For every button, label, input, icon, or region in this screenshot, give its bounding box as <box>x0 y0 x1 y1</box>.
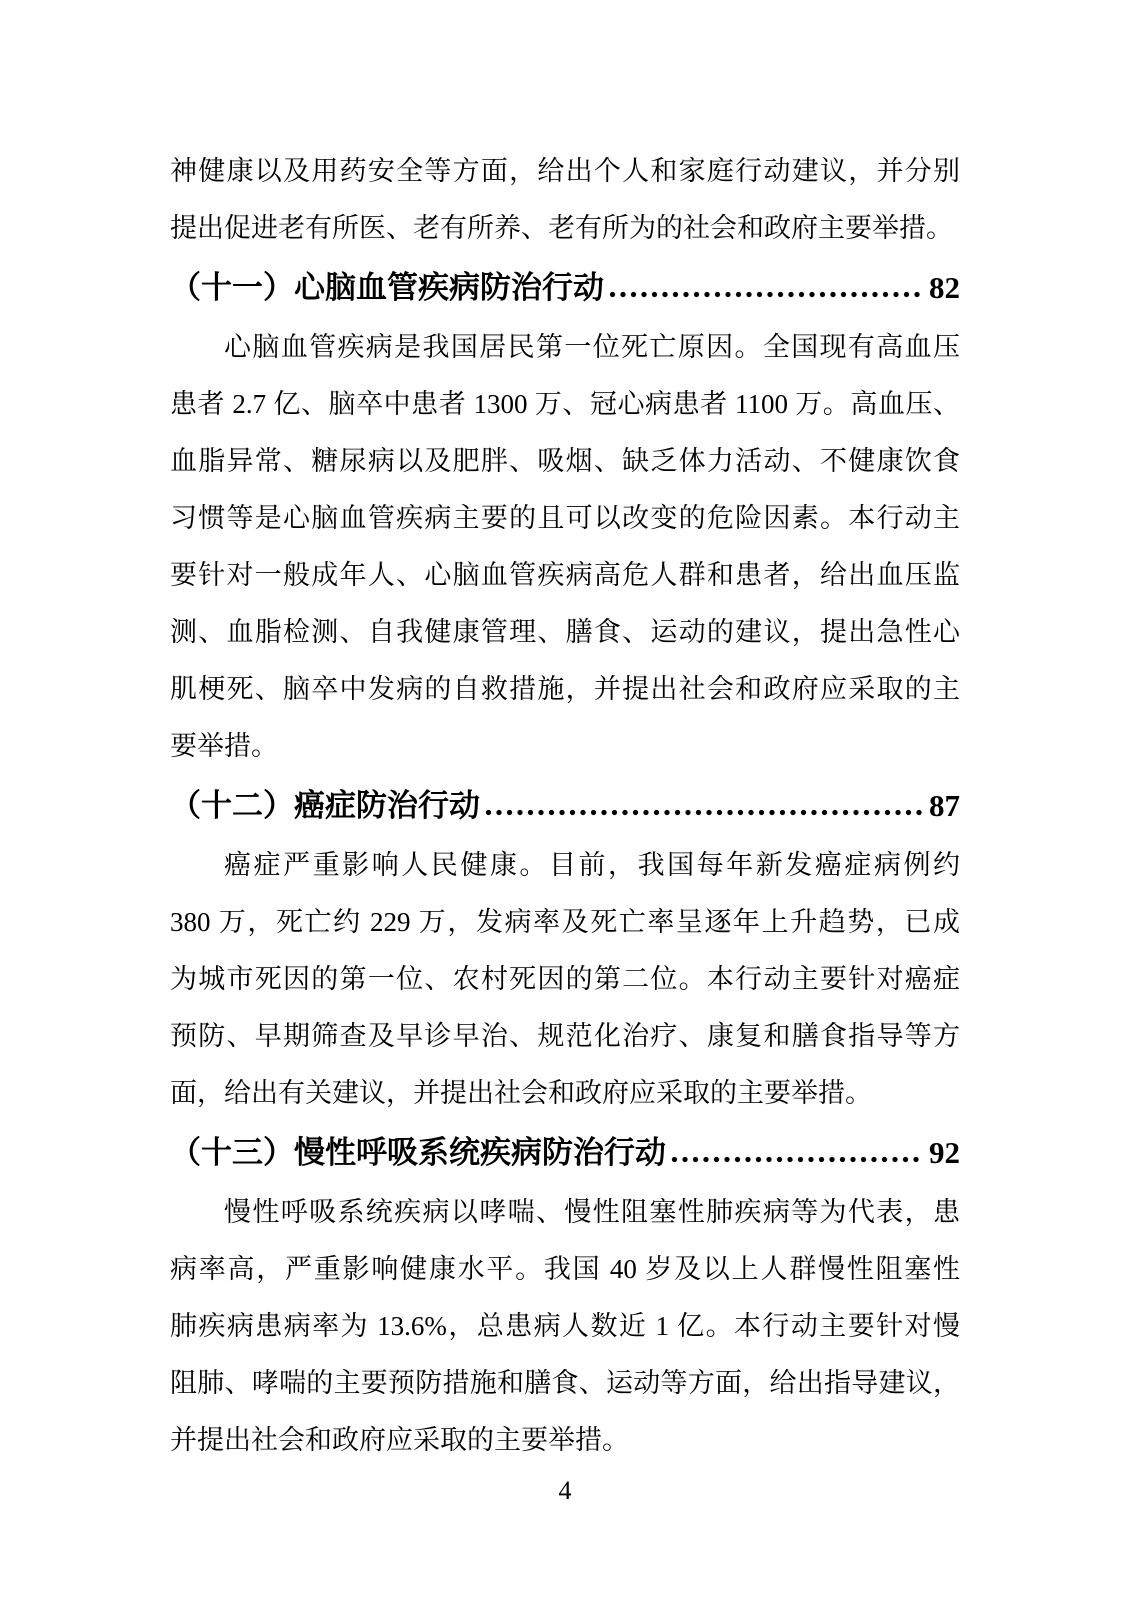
text-line: 神健康以及用药安全等方面，给出个人和家庭行动建议，并分别 <box>170 143 960 200</box>
text-line: 血脂异常、糖尿病以及肥胖、吸烟、缺乏体力活动、不健康饮食 <box>170 433 960 490</box>
text-line: 要举措。 <box>170 718 960 775</box>
text-line: 肺疾病患病率为 13.6%，总患病人数近 1 亿。本行动主要针对慢 <box>170 1298 960 1355</box>
text-line: 患者 2.7 亿、脑卒中患者 1300 万、冠心病患者 1100 万。高血压、 <box>170 376 960 433</box>
toc-entry-title: （十二）癌症防治行动 <box>170 775 480 837</box>
text-line: 并提出社会和政府应采取的主要举措。 <box>170 1412 960 1469</box>
toc-entry-section-12: （十二）癌症防治行动 87 <box>170 775 960 837</box>
text-line: 心脑血管疾病是我国居民第一位死亡原因。全国现有高血压 <box>170 319 960 376</box>
toc-entry-page-number: 87 <box>929 775 960 837</box>
intro-continuation-paragraph: 神健康以及用药安全等方面，给出个人和家庭行动建议，并分别提出促进老有所医、老有所… <box>170 143 960 257</box>
text-line: 380 万，死亡约 229 万，发病率及死亡率呈逐年上升趋势，已成 <box>170 894 960 951</box>
text-line: 慢性呼吸系统疾病以哮喘、慢性阻塞性肺疾病等为代表，患 <box>170 1184 960 1241</box>
text-line: 为城市死因的第一位、农村死因的第二位。本行动主要针对癌症 <box>170 951 960 1008</box>
text-line: 要针对一般成年人、心脑血管疾病高危人群和患者，给出血压监 <box>170 547 960 604</box>
text-line: 阻肺、哮喘的主要预防措施和膳食、运动等方面，给出指导建议， <box>170 1355 960 1412</box>
toc-entry-section-11: （十一）心脑血管疾病防治行动 82 <box>170 257 960 319</box>
toc-entry-title: （十三）慢性呼吸系统疾病防治行动 <box>170 1122 666 1184</box>
page-content: 神健康以及用药安全等方面，给出个人和家庭行动建议，并分别提出促进老有所医、老有所… <box>0 0 960 1511</box>
page-number: 4 <box>170 1471 960 1511</box>
section-11-paragraph: 心脑血管疾病是我国居民第一位死亡原因。全国现有高血压患者 2.7 亿、脑卒中患者… <box>170 319 960 775</box>
dot-leader <box>485 809 922 816</box>
text-line: 病率高，严重影响健康水平。我国 40 岁及以上人群慢性阻塞性 <box>170 1241 960 1298</box>
document-page: 神健康以及用药安全等方面，给出个人和家庭行动建议，并分别提出促进老有所医、老有所… <box>0 0 1131 1600</box>
section-13-paragraph: 慢性呼吸系统疾病以哮喘、慢性阻塞性肺疾病等为代表，患病率高，严重影响健康水平。我… <box>170 1184 960 1469</box>
toc-entry-page-number: 82 <box>929 257 960 319</box>
dot-leader <box>609 291 922 298</box>
text-line: 预防、早期筛查及早诊早治、规范化治疗、康复和膳食指导等方 <box>170 1008 960 1065</box>
text-line: 测、血脂检测、自我健康管理、膳食、运动的建议，提出急性心 <box>170 604 960 661</box>
text-line: 肌梗死、脑卒中发病的自救措施，并提出社会和政府应采取的主 <box>170 661 960 718</box>
text-line: 习惯等是心脑血管疾病主要的且可以改变的危险因素。本行动主 <box>170 490 960 547</box>
section-12-paragraph: 癌症严重影响人民健康。目前，我国每年新发癌症病例约380 万，死亡约 229 万… <box>170 837 960 1122</box>
text-line: 面，给出有关建议，并提出社会和政府应采取的主要举措。 <box>170 1065 960 1122</box>
toc-entry-page-number: 92 <box>929 1122 960 1184</box>
text-line: 癌症严重影响人民健康。目前，我国每年新发癌症病例约 <box>170 837 960 894</box>
toc-entry-section-13: （十三）慢性呼吸系统疾病防治行动 92 <box>170 1122 960 1184</box>
dot-leader <box>671 1156 922 1163</box>
text-line: 提出促进老有所医、老有所养、老有所为的社会和政府主要举措。 <box>170 200 960 257</box>
toc-entry-title: （十一）心脑血管疾病防治行动 <box>170 257 604 319</box>
